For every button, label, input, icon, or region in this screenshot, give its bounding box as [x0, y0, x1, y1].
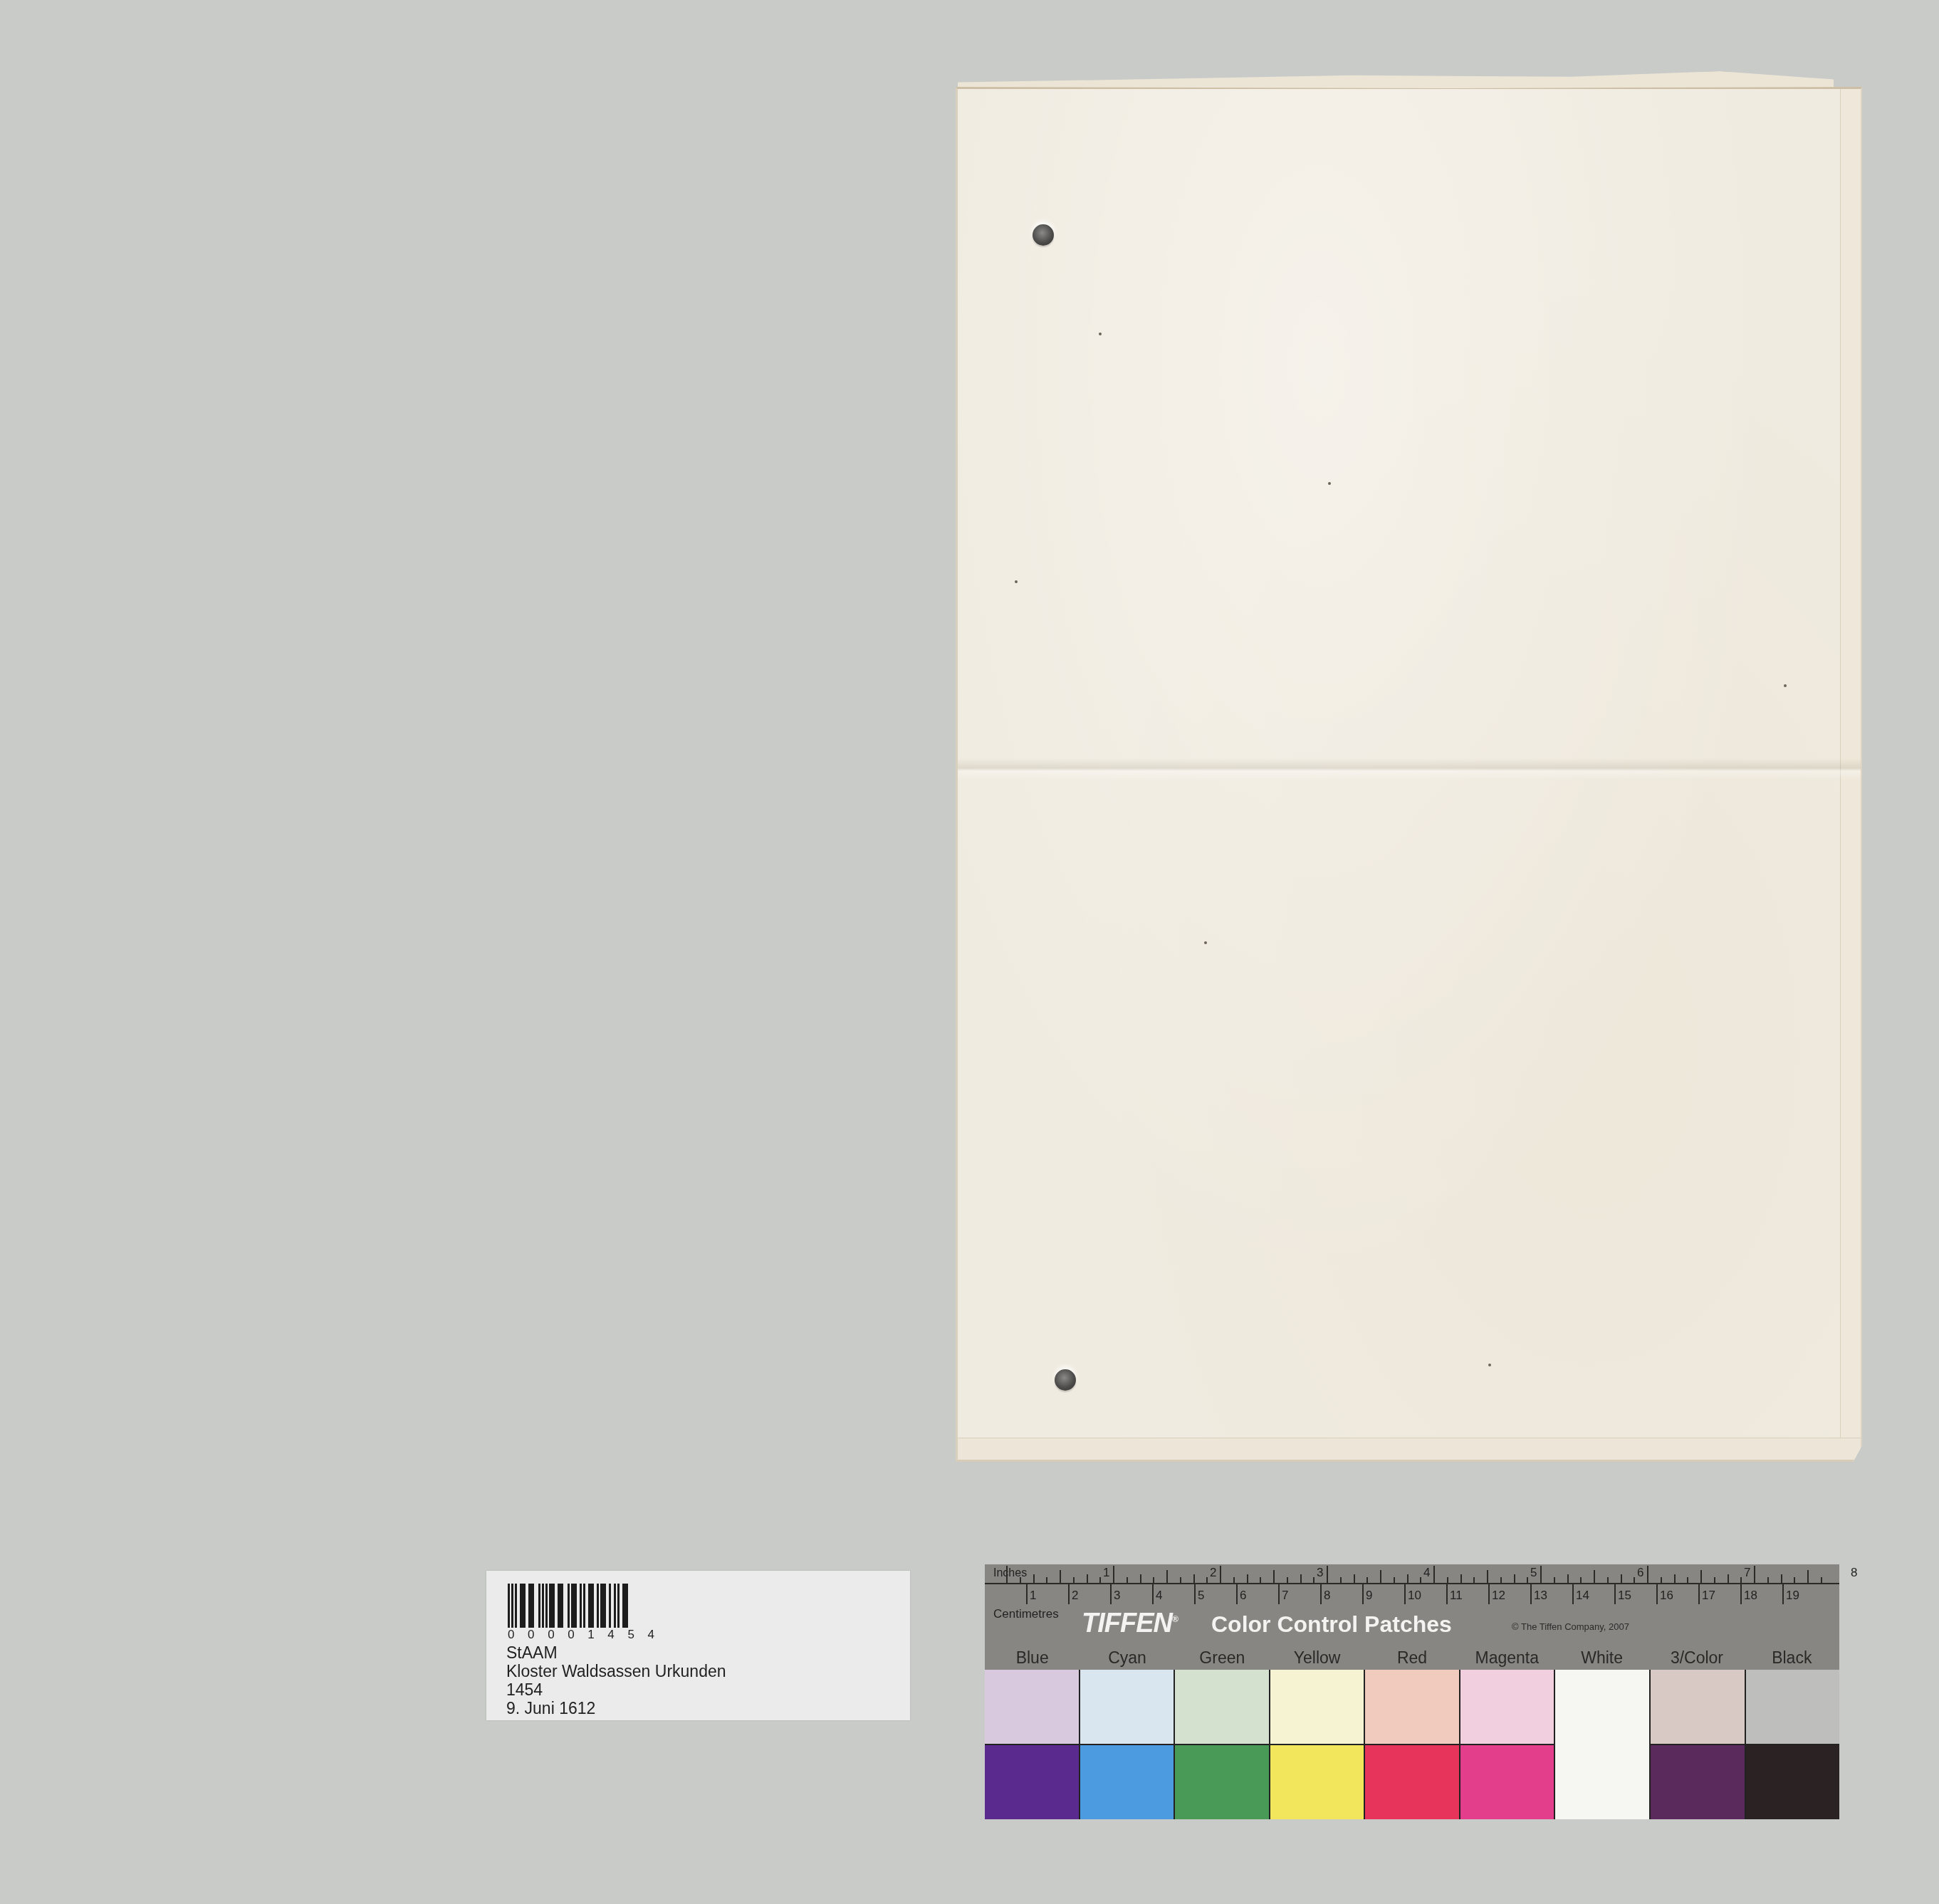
patch-light — [1746, 1670, 1840, 1745]
inch-tick — [1327, 1566, 1328, 1583]
color-control-card: Inches 123456781234567891011121314151617… — [985, 1564, 1839, 1821]
cm-tick-label: 2 — [1072, 1589, 1078, 1603]
barcode-digit: 4 — [647, 1628, 654, 1642]
cm-tick — [1446, 1584, 1448, 1604]
inch-tick — [1807, 1570, 1809, 1583]
barcode-bar — [588, 1584, 594, 1628]
barcode-digit: 0 — [568, 1628, 574, 1642]
patch-light — [1080, 1670, 1174, 1745]
patch-light — [985, 1670, 1079, 1745]
inch-tick — [1607, 1577, 1609, 1583]
cm-tick-label: 5 — [1198, 1589, 1204, 1603]
inch-tick — [1487, 1570, 1488, 1583]
cm-tick — [1488, 1584, 1490, 1604]
card-header: Inches 123456781234567891011121314151617… — [985, 1564, 1839, 1670]
cm-tick-label: 19 — [1786, 1589, 1799, 1603]
paper-speck — [1015, 580, 1018, 583]
cm-tick-label: 9 — [1366, 1589, 1372, 1603]
barcode-bar — [549, 1584, 555, 1628]
cm-tick — [1278, 1584, 1280, 1604]
patch-column-green — [1175, 1670, 1270, 1819]
cm-tick — [1740, 1584, 1742, 1604]
inch-tick-label: 6 — [1637, 1566, 1643, 1580]
inch-tick — [1567, 1574, 1569, 1583]
inch-tick — [1621, 1574, 1622, 1583]
patch-light — [1651, 1670, 1745, 1745]
patch-light — [1270, 1670, 1364, 1745]
inch-tick — [1287, 1577, 1288, 1583]
patch-dark — [1080, 1745, 1174, 1819]
inch-tick — [1354, 1574, 1355, 1583]
inch-tick — [1166, 1570, 1168, 1583]
patch-dark — [1746, 1745, 1840, 1819]
cm-tick-label: 10 — [1408, 1589, 1421, 1603]
cm-tick — [1530, 1584, 1532, 1604]
inch-tick — [1153, 1577, 1154, 1583]
paper-speck — [1204, 941, 1207, 944]
cm-tick — [1236, 1584, 1238, 1604]
cm-tick-label: 7 — [1282, 1589, 1288, 1603]
paper-sheet — [956, 87, 1862, 1462]
inch-tick — [1527, 1577, 1528, 1583]
inch-tick — [1060, 1570, 1061, 1583]
punch-hole-icon — [1055, 1369, 1076, 1391]
inch-tick — [1647, 1566, 1648, 1583]
card-title: Color Control Patches — [1211, 1611, 1452, 1638]
inch-tick — [1206, 1577, 1208, 1583]
barcode-digit: 0 — [548, 1628, 554, 1642]
patch-name: Yellow — [1270, 1648, 1364, 1670]
patch-dark — [1555, 1745, 1649, 1819]
inch-tick — [1366, 1577, 1368, 1583]
inch-tick — [1300, 1574, 1302, 1583]
inch-tick — [1127, 1577, 1128, 1583]
patch-light — [1460, 1670, 1554, 1745]
inch-tick — [1099, 1577, 1101, 1583]
cm-tick — [1026, 1584, 1028, 1604]
cm-tick — [1656, 1584, 1658, 1604]
inch-tick — [1514, 1574, 1515, 1583]
inch-tick — [1233, 1577, 1235, 1583]
color-patches — [985, 1670, 1839, 1819]
patch-column-magenta — [1460, 1670, 1556, 1819]
inch-tick — [1020, 1577, 1021, 1583]
inch-tick — [1220, 1566, 1221, 1583]
inch-tick — [1754, 1566, 1755, 1583]
inch-tick-label: 7 — [1744, 1566, 1750, 1580]
cm-tick-label: 8 — [1324, 1589, 1330, 1603]
inch-tick — [1407, 1574, 1408, 1583]
inch-tick — [1313, 1577, 1315, 1583]
cm-tick-label: 18 — [1744, 1589, 1757, 1603]
cm-tick — [1698, 1584, 1700, 1604]
inch-tick — [1247, 1574, 1248, 1583]
paper-speck — [1099, 333, 1102, 335]
cm-tick-label: 12 — [1492, 1589, 1505, 1603]
punch-hole-icon — [1033, 224, 1054, 246]
cm-tick-label: 14 — [1576, 1589, 1589, 1603]
patch-column-cyan — [1080, 1670, 1176, 1819]
cm-tick — [1194, 1584, 1196, 1604]
cm-tick-label: 16 — [1660, 1589, 1673, 1603]
inch-tick — [1273, 1570, 1275, 1583]
inch-tick — [1634, 1577, 1635, 1583]
barcode-bar — [520, 1584, 526, 1628]
copyright-text: © The Tiffen Company, 2007 — [1512, 1621, 1629, 1632]
inch-tick — [1580, 1577, 1582, 1583]
patch-column-yellow — [1270, 1670, 1366, 1819]
cm-tick-label: 6 — [1240, 1589, 1246, 1603]
inch-tick — [1473, 1577, 1475, 1583]
label-collection: Kloster Waldsassen Urkunden — [506, 1662, 726, 1680]
patch-dark — [1175, 1745, 1269, 1819]
inch-tick — [1087, 1574, 1088, 1583]
inch-tick — [1033, 1574, 1035, 1583]
archive-label: 00001454 StAAM Kloster Waldsassen Urkund… — [486, 1571, 910, 1720]
inch-tick-label: 1 — [1103, 1566, 1109, 1580]
label-date: 9. Juni 1612 — [506, 1699, 726, 1717]
barcode-bar — [528, 1584, 534, 1628]
inch-tick — [1073, 1577, 1075, 1583]
paper-fold-crease — [958, 758, 1861, 780]
inch-tick — [1594, 1570, 1595, 1583]
inch-tick-label: 2 — [1210, 1566, 1216, 1580]
inch-tick — [1674, 1574, 1676, 1583]
patch-dark — [1270, 1745, 1364, 1819]
inch-tick — [1540, 1566, 1542, 1583]
inch-tick — [1500, 1577, 1502, 1583]
paper-bottom-edge — [958, 1438, 1861, 1460]
barcode-bar — [600, 1584, 606, 1628]
inch-tick-label: 8 — [1851, 1566, 1857, 1580]
paper-speck — [1784, 684, 1787, 687]
inch-tick — [1140, 1574, 1141, 1583]
patch-name: White — [1554, 1648, 1649, 1670]
cm-tick-label: 13 — [1534, 1589, 1547, 1603]
cm-tick — [1152, 1584, 1154, 1604]
inch-tick — [1046, 1577, 1047, 1583]
patch-name: Red — [1364, 1648, 1459, 1670]
inch-tick — [1340, 1577, 1342, 1583]
patch-name: Green — [1175, 1648, 1270, 1670]
inch-tick — [1460, 1574, 1462, 1583]
cm-tick — [1068, 1584, 1070, 1604]
inch-tick-label: 5 — [1530, 1566, 1537, 1580]
inch-tick — [1687, 1577, 1688, 1583]
inch-tick — [1006, 1566, 1008, 1583]
inch-tick — [1554, 1577, 1555, 1583]
inch-tick — [1447, 1577, 1448, 1583]
patch-dark — [985, 1745, 1079, 1819]
cm-tick — [1362, 1584, 1364, 1604]
ruler-line — [985, 1583, 1839, 1584]
patch-light — [1555, 1670, 1649, 1745]
barcode-icon — [508, 1584, 628, 1628]
cm-tick — [1614, 1584, 1616, 1604]
cm-tick-label: 11 — [1450, 1589, 1463, 1603]
inch-tick — [1433, 1566, 1435, 1583]
inch-tick — [1794, 1577, 1795, 1583]
patch-name: Black — [1745, 1648, 1839, 1670]
label-number: 1454 — [506, 1680, 726, 1699]
cm-tick — [1782, 1584, 1784, 1604]
patch-column-3-color — [1651, 1670, 1746, 1819]
inch-tick — [1394, 1577, 1395, 1583]
inch-tick — [1781, 1574, 1782, 1583]
barcode-digits: 00001454 — [508, 1628, 654, 1642]
inch-tick — [1113, 1566, 1114, 1583]
label-text: StAAM Kloster Waldsassen Urkunden 1454 9… — [506, 1643, 726, 1717]
paper-speck — [1328, 482, 1331, 485]
barcode-digit: 4 — [607, 1628, 614, 1642]
inch-tick — [1700, 1570, 1702, 1583]
label-archive: StAAM — [506, 1643, 726, 1662]
patch-dark — [1651, 1745, 1745, 1819]
cm-tick-label: 1 — [1030, 1589, 1036, 1603]
barcode-digit: 0 — [508, 1628, 514, 1642]
inch-tick — [1728, 1574, 1729, 1583]
patch-column-blue — [985, 1670, 1080, 1819]
barcode-bar — [571, 1584, 577, 1628]
inch-tick — [1380, 1570, 1381, 1583]
inch-tick — [1661, 1577, 1662, 1583]
patch-name: Cyan — [1080, 1648, 1174, 1670]
inch-tick-label: 3 — [1317, 1566, 1323, 1580]
inch-tick — [1193, 1574, 1195, 1583]
inch-tick — [1821, 1577, 1822, 1583]
patch-name-row: BlueCyanGreenYellowRedMagentaWhite3/Colo… — [985, 1648, 1839, 1670]
inch-tick — [1767, 1577, 1769, 1583]
patch-column-black — [1746, 1670, 1840, 1819]
patch-dark — [1365, 1745, 1459, 1819]
patch-dark — [1460, 1745, 1554, 1819]
patch-name: Blue — [985, 1648, 1080, 1670]
inches-label: Inches — [993, 1567, 1027, 1580]
cm-tick — [1320, 1584, 1322, 1604]
cm-tick-label: 3 — [1114, 1589, 1120, 1603]
patch-column-white — [1555, 1670, 1651, 1819]
inch-tick-label: 4 — [1423, 1566, 1430, 1580]
barcode-digit: 0 — [528, 1628, 534, 1642]
patch-light — [1175, 1670, 1269, 1745]
inch-tick — [1420, 1577, 1421, 1583]
inch-tick — [1714, 1577, 1715, 1583]
patch-light — [1365, 1670, 1459, 1745]
barcode-bar — [558, 1584, 563, 1628]
cm-tick — [1404, 1584, 1406, 1604]
barcode-digit: 5 — [627, 1628, 634, 1642]
paper-speck — [1488, 1364, 1491, 1366]
cm-tick — [1572, 1584, 1574, 1604]
patch-name: Magenta — [1460, 1648, 1554, 1670]
cm-tick-label: 15 — [1618, 1589, 1631, 1603]
centimetres-label: Centimetres — [993, 1607, 1059, 1621]
cm-tick-label: 17 — [1702, 1589, 1715, 1603]
inch-tick — [1260, 1577, 1261, 1583]
patch-name: 3/Color — [1649, 1648, 1744, 1670]
cm-tick-label: 4 — [1156, 1589, 1162, 1603]
barcode-digit: 1 — [587, 1628, 594, 1642]
barcode-bar — [622, 1584, 628, 1628]
patch-column-red — [1365, 1670, 1460, 1819]
cm-tick — [1110, 1584, 1112, 1604]
inch-tick — [1740, 1577, 1742, 1583]
inch-tick — [1180, 1577, 1181, 1583]
tiffen-logo: TIFFEN® — [1082, 1609, 1178, 1639]
